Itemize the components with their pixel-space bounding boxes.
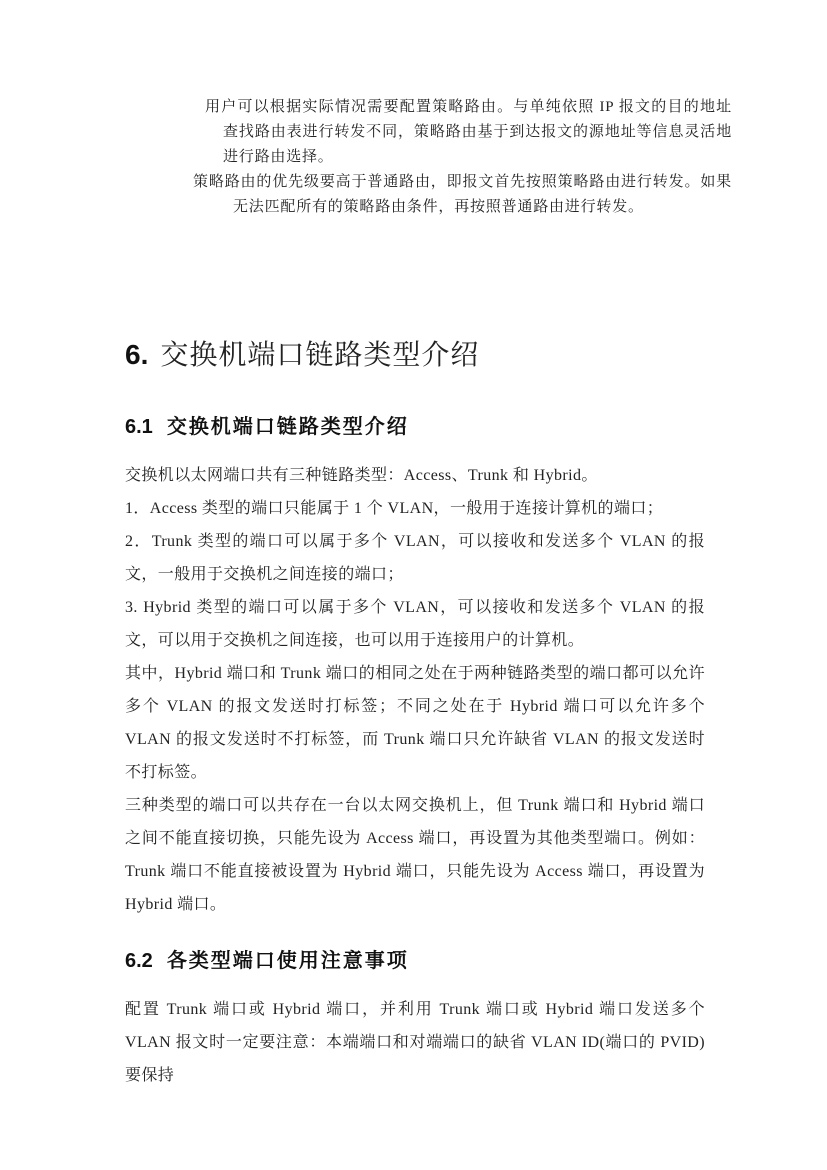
policy-paragraph-1: 用户可以根据实际情况需要配置策略路由。与单纯依照 IP 报文的目的地址查找路由表… — [0, 95, 732, 170]
policy-paragraph-2: 策略路由的优先级要高于普通路由，即报文首先按照策略路由进行转发。如果无法匹配所有… — [0, 170, 732, 220]
document-page: 用户可以根据实际情况需要配置策略路由。与单纯依照 IP 报文的目的地址查找路由表… — [0, 0, 827, 1170]
body-paragraph: 交换机以太网端口共有三种链路类型：Access、Trunk 和 Hybrid。 — [125, 459, 705, 492]
policy-route-block: 用户可以根据实际情况需要配置策略路由。与单纯依照 IP 报文的目的地址查找路由表… — [0, 95, 732, 220]
section-61-body: 交换机以太网端口共有三种链路类型：Access、Trunk 和 Hybrid。 … — [125, 459, 705, 921]
chapter-number: 6. — [125, 339, 148, 370]
chapter-heading: 6.交换机端口链路类型介绍 — [125, 338, 827, 373]
section-61-heading: 6.1交换机端口链路类型介绍 — [125, 415, 827, 439]
body-paragraph: 三种类型的端口可以共存在一台以太网交换机上，但 Trunk 端口和 Hybrid… — [125, 789, 705, 921]
section-61-title: 交换机端口链路类型介绍 — [167, 416, 409, 438]
body-paragraph: 配置 Trunk 端口或 Hybrid 端口，并利用 Trunk 端口或 Hyb… — [125, 993, 705, 1092]
section-62-number: 6.2 — [125, 950, 153, 972]
section-62-title: 各类型端口使用注意事项 — [167, 950, 409, 972]
section-62-heading: 6.2各类型端口使用注意事项 — [125, 949, 827, 973]
body-paragraph: 2．Trunk 类型的端口可以属于多个 VLAN，可以接收和发送多个 VLAN … — [125, 525, 705, 591]
body-paragraph: 其中，Hybrid 端口和 Trunk 端口的相同之处在于两种链路类型的端口都可… — [125, 657, 705, 789]
section-62-body: 配置 Trunk 端口或 Hybrid 端口，并利用 Trunk 端口或 Hyb… — [125, 993, 705, 1092]
body-paragraph: 3. Hybrid 类型的端口可以属于多个 VLAN，可以接收和发送多个 VLA… — [125, 591, 705, 657]
chapter-title: 交换机端口链路类型介绍 — [160, 340, 479, 371]
body-paragraph: 1．Access 类型的端口只能属于 1 个 VLAN，一般用于连接计算机的端口… — [125, 492, 705, 525]
section-61-number: 6.1 — [125, 416, 153, 438]
